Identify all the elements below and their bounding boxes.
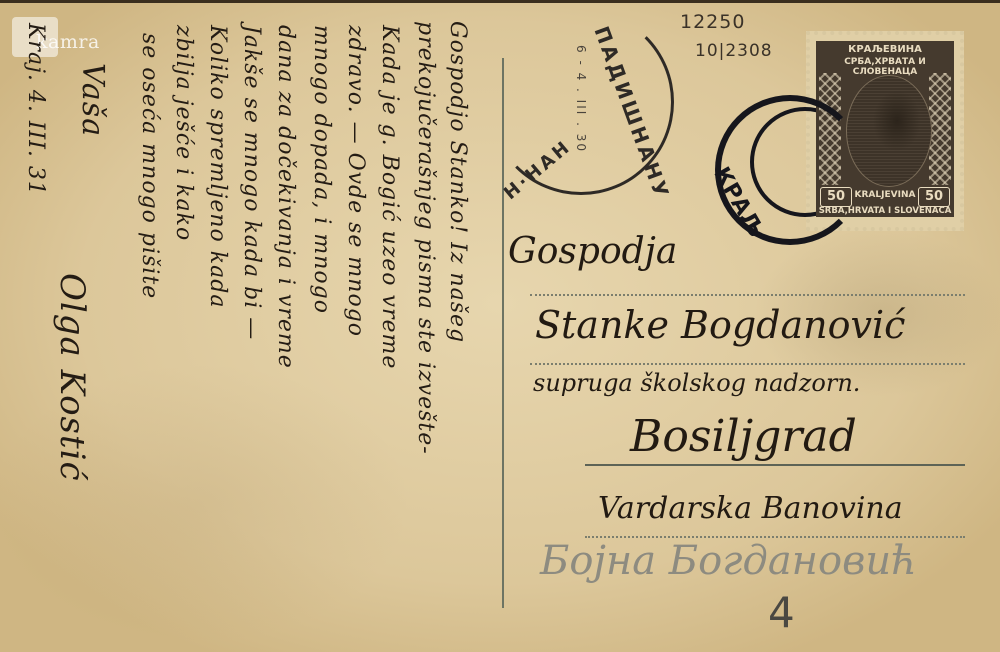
address-line-city xyxy=(585,464,965,466)
address-title: supruga školskog nadzorn. xyxy=(533,369,860,397)
message-closing: Vaša xyxy=(75,63,110,137)
address-line-1 xyxy=(530,294,965,296)
archive-number-1: 12250 xyxy=(680,11,745,33)
message-line-6: dana za dočekivanja i vreme xyxy=(273,25,298,369)
message-line-8: Koliko spremljeno kada xyxy=(205,25,230,308)
pencil-note-number: 4 xyxy=(768,588,795,637)
message-signature: Olga Kostić xyxy=(52,273,92,482)
address-city: Bosiljgrad xyxy=(630,411,857,462)
address-salutation: Gospodja xyxy=(508,231,677,272)
stamp-ornament-right-icon xyxy=(929,73,951,185)
address-name: Stanke Bogdanović xyxy=(535,303,905,347)
postcard-back: kamra 12250 10|2308 ПАДИШНАНУ Н·НАН 6 - … xyxy=(0,0,1000,652)
message-line-2: prekojučerašnjeg pisma ste izvešte- xyxy=(413,21,438,455)
message-line-5: mnogo dopada, i mnogo xyxy=(309,25,334,314)
address-line-2 xyxy=(530,363,965,365)
postmark-left-date: 6 - 4 . III . 30 xyxy=(574,45,588,153)
pencil-note-name: Бојна Богдановић xyxy=(540,538,917,584)
message-line-9: zbilja ješće i kako xyxy=(171,25,196,241)
message-line-3: Kada je g. Bogić uzeo vreme xyxy=(377,25,402,369)
message-date: Kraj. 4. III. 31 xyxy=(23,23,48,196)
stamp-top-line-1: КРАЉЕВИНА xyxy=(816,44,954,55)
message-line-4: zdravo. — Ovde se mnogo xyxy=(343,25,368,337)
message-line-10: se oseća mnogo pišite xyxy=(137,33,162,299)
archive-number-2: 10|2308 xyxy=(695,41,773,61)
message-line-1: Gospodjo Stanko! Iz našeg xyxy=(445,21,470,343)
address-region: Vardarska Banovina xyxy=(598,491,903,526)
message-line-7: Jakše se mnogo kada bi — xyxy=(239,25,264,340)
